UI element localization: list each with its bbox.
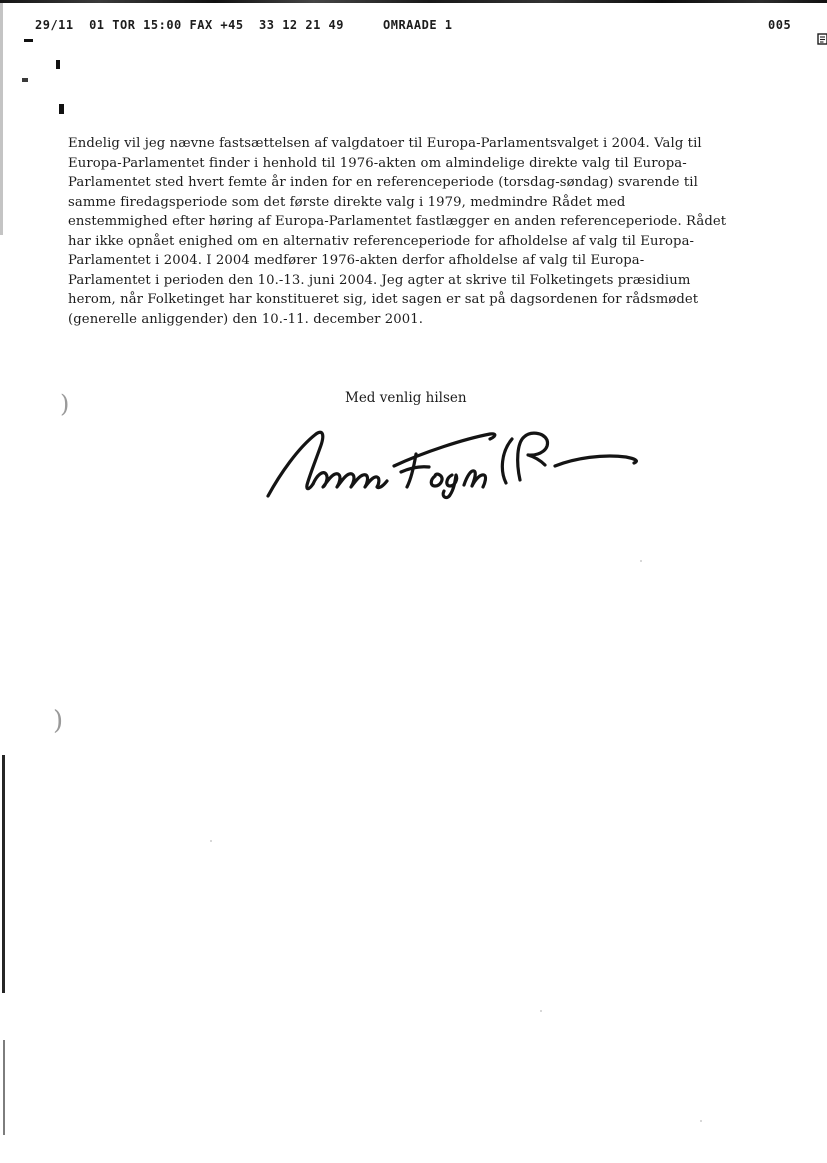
paper-speckle bbox=[420, 300, 422, 302]
paper-speckle bbox=[700, 1120, 702, 1122]
scanned-fax-page: 29/11 01 TOR 15:00 FAX +45 33 12 21 49 O… bbox=[0, 0, 827, 1163]
body-line: (generelle anliggender) den 10.-11. dece… bbox=[68, 310, 768, 330]
scan-artifact-tick bbox=[56, 60, 60, 69]
scan-artifact-speck bbox=[22, 78, 28, 82]
fax-sender-name: OMRAADE 1 bbox=[383, 18, 453, 32]
signature-handwriting bbox=[262, 424, 647, 502]
scan-edge-top bbox=[0, 0, 827, 3]
body-line: Europa-Parlamentet finder i henhold til … bbox=[68, 154, 768, 174]
body-line: Parlamentet sted hvert femte år inden fo… bbox=[68, 173, 768, 193]
page-sheet-icon bbox=[755, 19, 766, 31]
paper-speckle bbox=[540, 1010, 542, 1012]
body-line: Parlamentet i perioden den 10.-13. juni … bbox=[68, 271, 768, 291]
closing-salutation: Med venlig hilsen bbox=[345, 390, 467, 406]
scan-artifact-paren: ) bbox=[53, 706, 63, 736]
body-line: herom, når Folketinget har konstitueret … bbox=[68, 290, 768, 310]
paper-speckle bbox=[640, 560, 642, 562]
fax-page-number: 005 bbox=[768, 18, 791, 32]
fax-page-counter: 005 bbox=[755, 18, 791, 32]
scan-edge-left-dark bbox=[2, 755, 5, 993]
scan-artifact-tick bbox=[59, 104, 64, 114]
fax-timestamp-number: 29/11 01 TOR 15:00 FAX +45 33 12 21 49 bbox=[35, 18, 344, 32]
paper-speckle bbox=[210, 840, 212, 842]
letter-body: Endelig vil jeg nævne fastsættelsen af v… bbox=[68, 134, 768, 329]
scan-artifact-paren: ) bbox=[60, 390, 69, 418]
fax-transmission-header: 29/11 01 TOR 15:00 FAX +45 33 12 21 49 O… bbox=[0, 16, 827, 34]
body-line: Endelig vil jeg nævne fastsættelsen af v… bbox=[68, 134, 768, 154]
body-line: Parlamentet i 2004. I 2004 medfører 1976… bbox=[68, 251, 768, 271]
body-line: enstemmighed efter høring af Europa-Parl… bbox=[68, 212, 768, 232]
body-line: har ikke opnået enighed om en alternativ… bbox=[68, 232, 768, 252]
scan-artifact-dash bbox=[24, 39, 33, 42]
scan-edge-left-gray bbox=[3, 1040, 5, 1135]
body-line: samme firedagsperiode som det første dir… bbox=[68, 193, 768, 213]
